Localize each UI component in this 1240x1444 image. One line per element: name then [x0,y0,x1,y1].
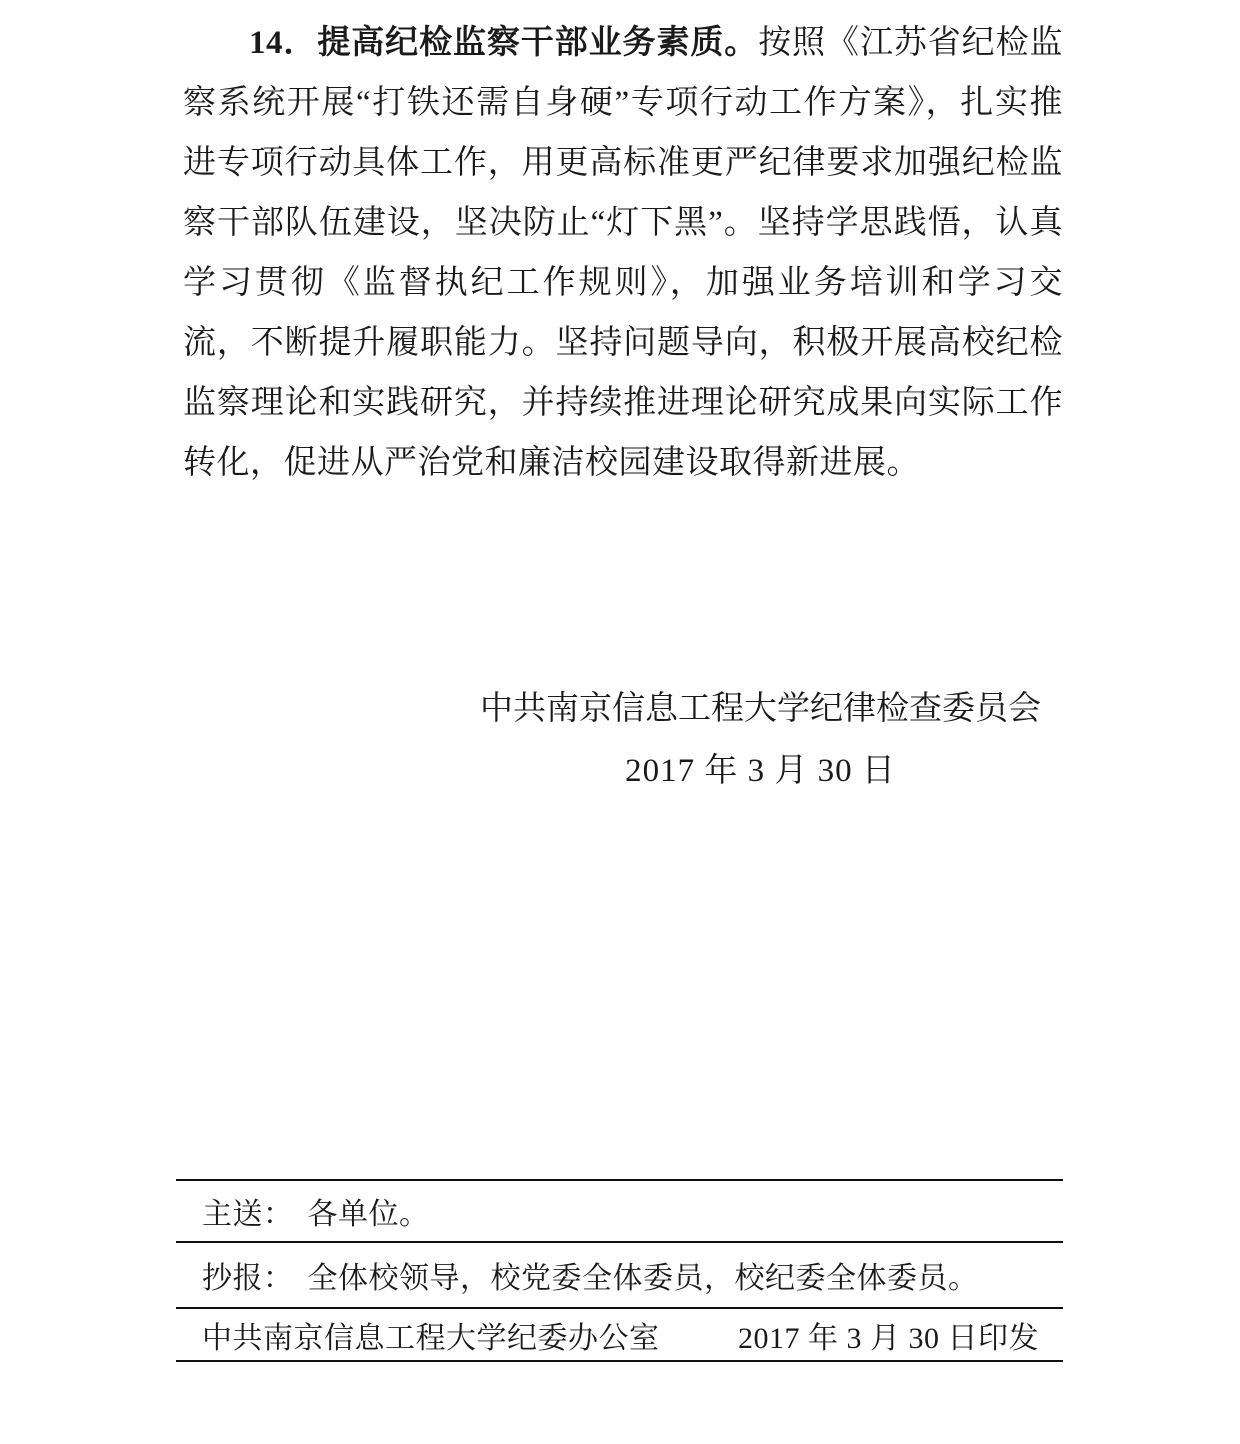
footer-row-copy-to: 抄报： 全体校领导，校党委全体委员，校纪委全体委员。 [176,1243,1063,1309]
main-send-label: 主送： [202,1189,294,1233]
footer-row-main-send: 主送： 各单位。 [176,1181,1063,1243]
issuing-office: 中共南京信息工程大学纪委办公室 [202,1313,660,1357]
main-send-value: 各单位。 [308,1189,430,1233]
copy-to-value: 全体校领导，校党委全体委员，校纪委全体委员。 [308,1253,979,1297]
signature-date: 2017 年 3 月 30 日 [480,740,1041,802]
paragraph-text: 按照《江苏省纪检监察系统开展“打铁还需自身硬”专项行动工作方案》，扎实推进专项行… [183,25,1063,481]
copy-to-label: 抄报： [202,1253,294,1297]
print-date: 2017 年 3 月 30 日印发 [738,1313,1039,1357]
footer-row-imprint: 中共南京信息工程大学纪委办公室 2017 年 3 月 30 日印发 [176,1309,1063,1362]
paragraph-heading: 14．提高纪检监察干部业务素质。 [249,25,758,61]
document-page: 14．提高纪检监察干部业务素质。按照《江苏省纪检监察系统开展“打铁还需自身硬”专… [0,0,1240,1444]
signature-issuer: 中共南京信息工程大学纪律检查委员会 [480,678,1041,740]
signature-block: 中共南京信息工程大学纪律检查委员会 2017 年 3 月 30 日 [480,678,1063,802]
document-body: 14．提高纪检监察干部业务素质。按照《江苏省纪检监察系统开展“打铁还需自身硬”专… [183,13,1063,493]
signature-inner: 中共南京信息工程大学纪律检查委员会 2017 年 3 月 30 日 [480,678,1041,802]
paragraph-item-14: 14．提高纪检监察干部业务素质。按照《江苏省纪检监察系统开展“打铁还需自身硬”专… [183,13,1063,493]
footer-note-table: 主送： 各单位。 抄报： 全体校领导，校党委全体委员，校纪委全体委员。 中共南京… [176,1179,1063,1362]
